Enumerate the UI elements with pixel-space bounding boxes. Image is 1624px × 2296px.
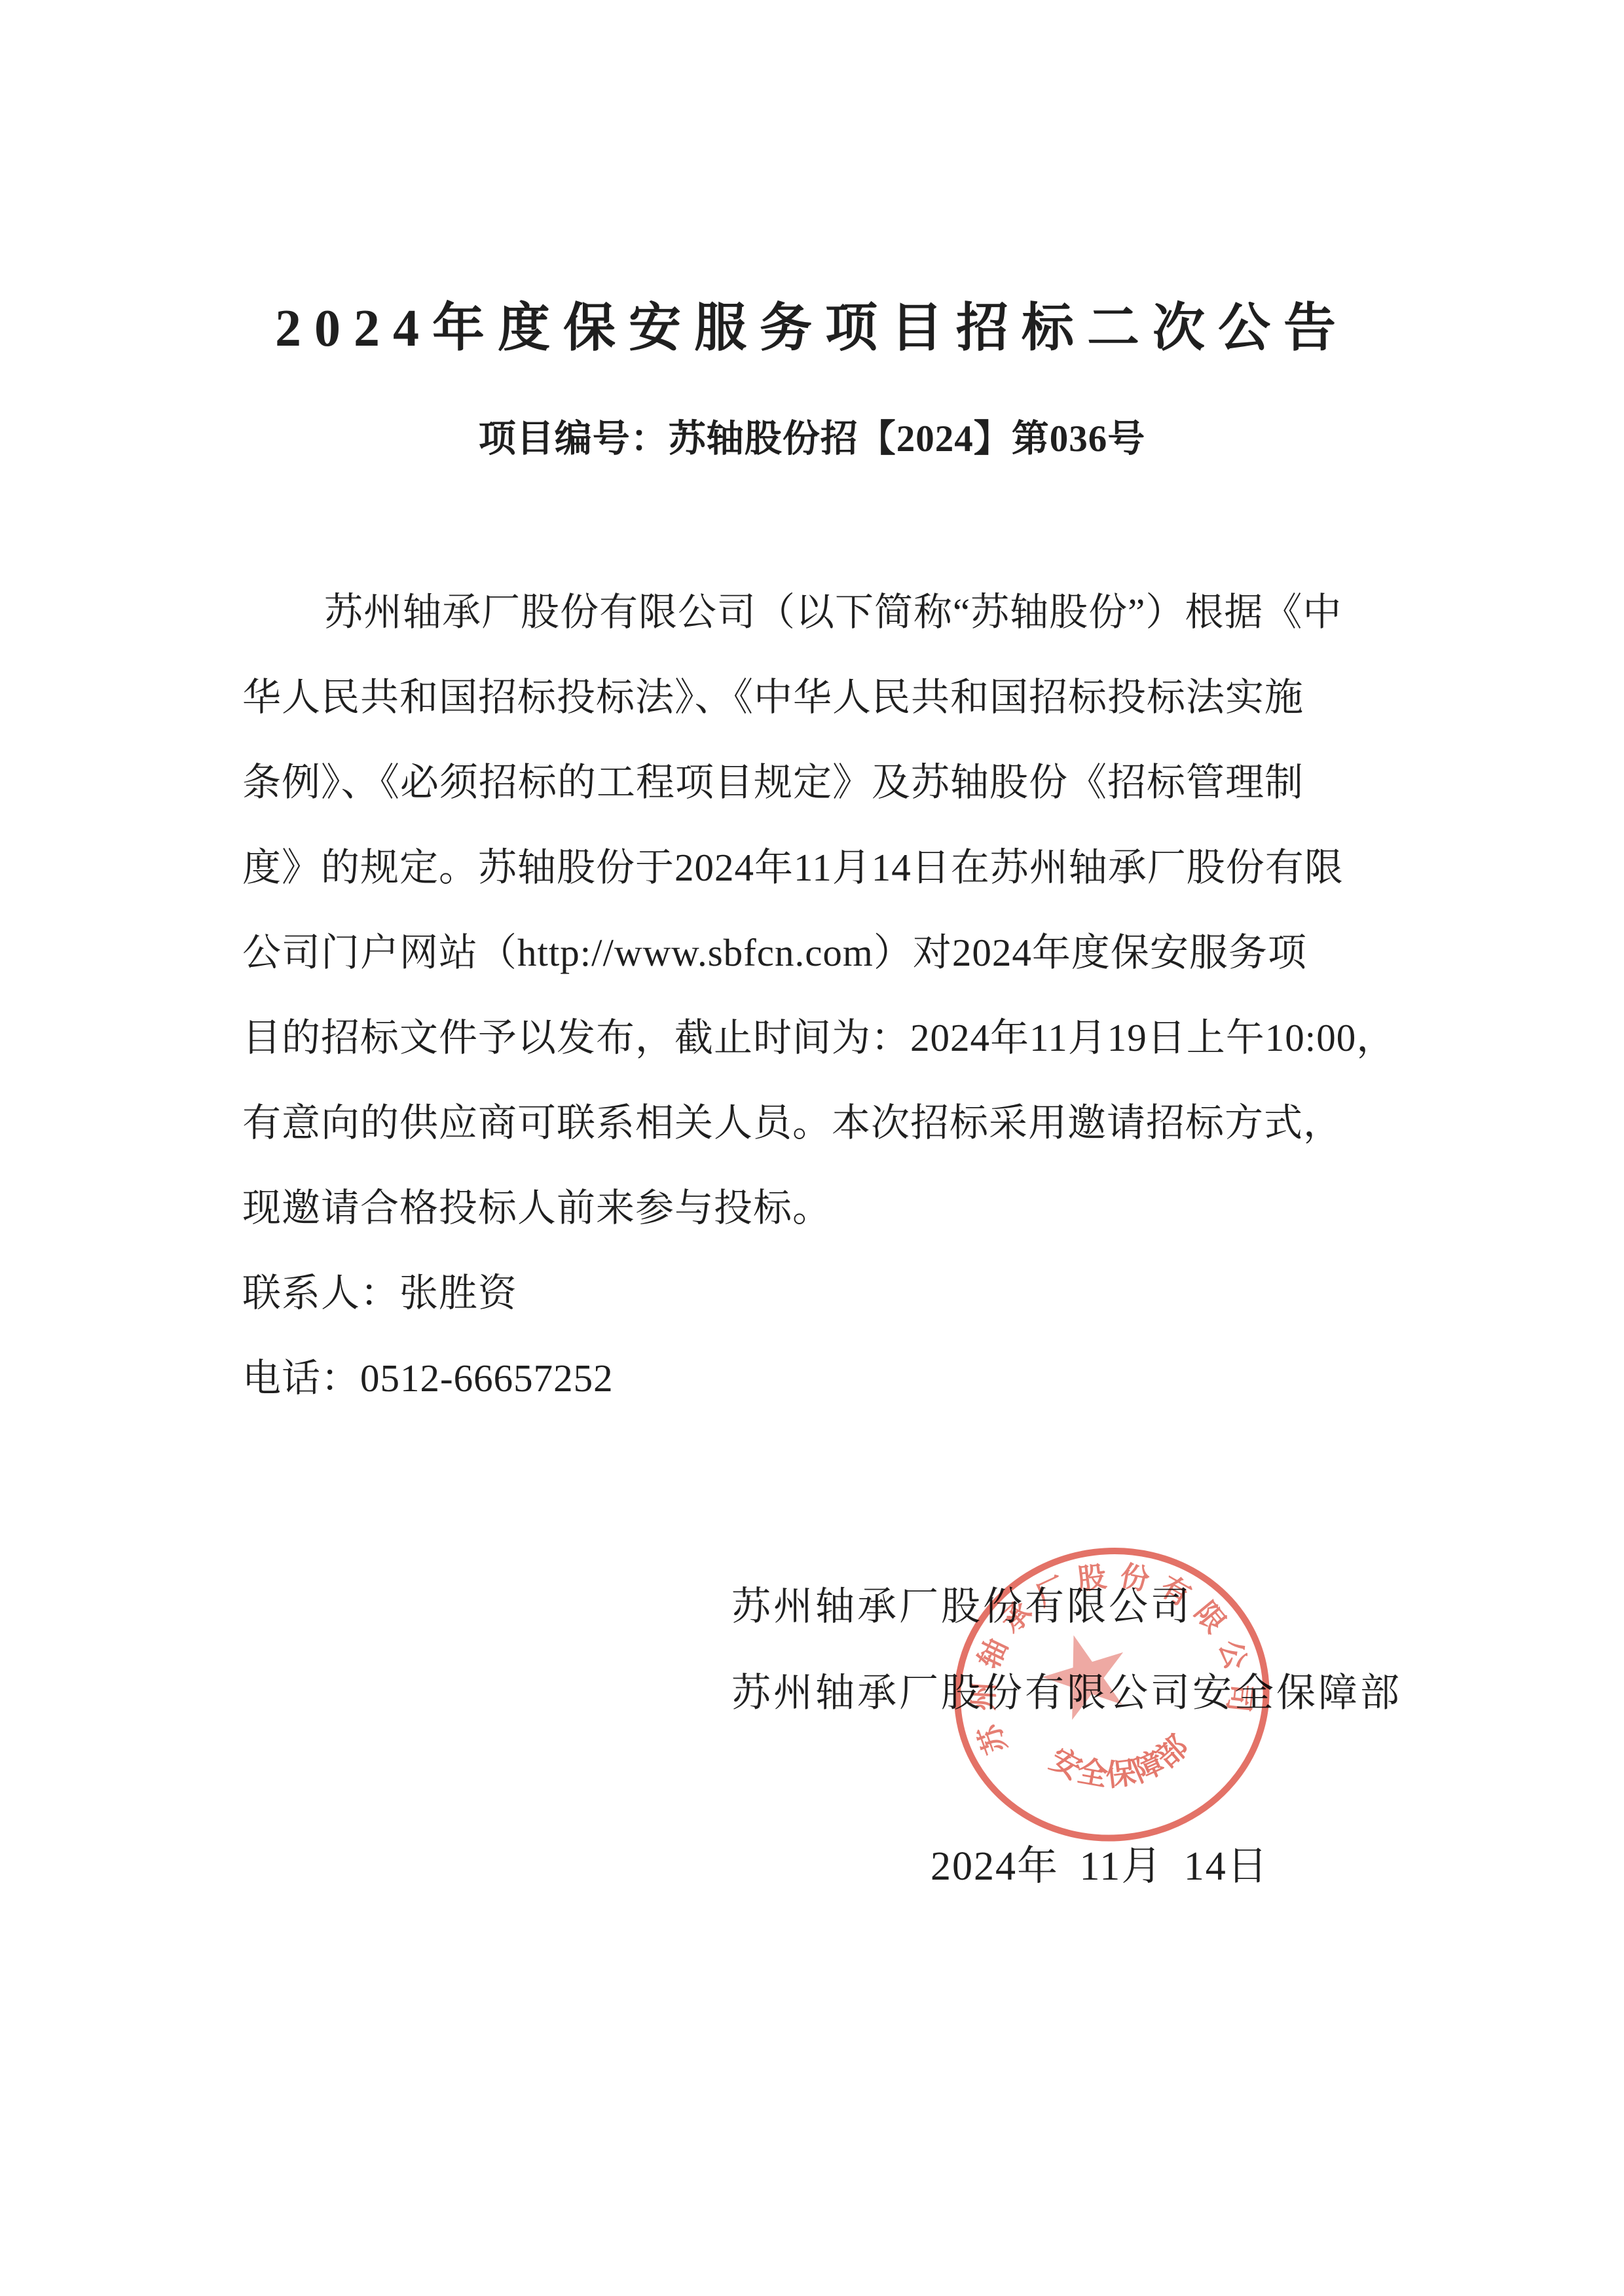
body-paragraph: 苏州轴承厂股份有限公司（以下简称“苏轴股份”）根据《中 华人民共和国招标投标法》… — [242, 570, 1460, 1421]
body-line: 现邀请合格投标人前来参与投标。 — [242, 1165, 1460, 1250]
signature-company: 苏州轴承厂股份有限公司 — [731, 1587, 1192, 1626]
body-line: 有意向的供应商可联系相关人员。本次招标采用邀请招标方式， — [242, 1080, 1460, 1165]
body-line: 华人民共和国招标投标法》、《中华人民共和国招标投标法实施 — [242, 655, 1460, 740]
body-line: 公司门户网站（http://www.sbfcn.com）对2024年度保安服务项 — [242, 910, 1460, 995]
project-number: 项目编号：苏轴股份招【2024】第036号 — [0, 420, 1624, 458]
document-title: 2024年度保安服务项目招标二次公告 — [0, 302, 1624, 355]
signature-department: 苏州轴承厂股份有限公司安全保障部 — [731, 1673, 1402, 1713]
seal-bottom-text: 安全保障部 — [1041, 1726, 1198, 1800]
seal-arc-company-text: 苏州轴承厂股份有限公司 — [951, 1544, 1261, 1759]
body-line: 条例》、《必须招标的工程项目规定》及苏轴股份《招标管理制 — [242, 740, 1460, 825]
body-line: 苏州轴承厂股份有限公司（以下简称“苏轴股份”）根据《中 — [242, 570, 1460, 655]
phone-line: 电话：0512-66657252 — [242, 1336, 1460, 1421]
contact-line: 联系人：张胜资 — [242, 1250, 1460, 1336]
body-line: 度》的规定。苏轴股份于2024年11月14日在苏州轴承厂股份有限 — [242, 825, 1460, 910]
body-line: 目的招标文件予以发布，截止时间为：2024年11月19日上午10:00， — [242, 995, 1460, 1080]
document-page: 2024年度保安服务项目招标二次公告 项目编号：苏轴股份招【2024】第036号… — [0, 0, 1624, 2296]
signature-date: 2024年 11月 14日 — [931, 1846, 1269, 1887]
